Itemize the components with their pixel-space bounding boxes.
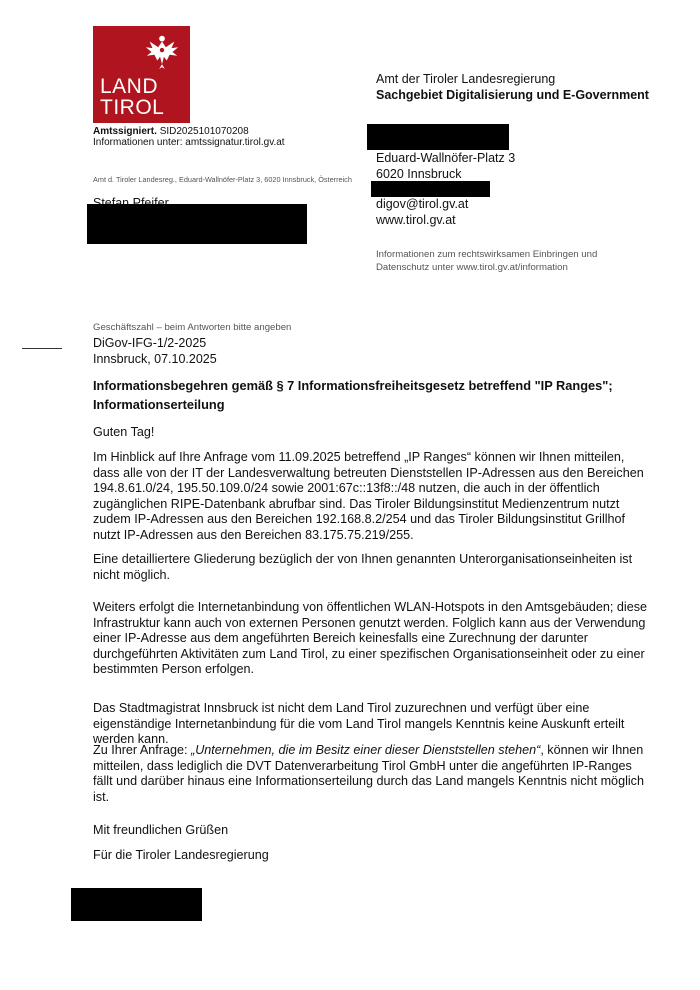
redaction-recipient-address bbox=[87, 204, 307, 244]
logo-line-tirol: TIROL bbox=[100, 97, 164, 118]
org-street: Eduard-Wallnöfer-Platz 3 bbox=[376, 150, 515, 166]
paragraph-companies: Zu Ihrer Anfrage: „Unternehmen, die im B… bbox=[93, 743, 653, 805]
redaction-contact-name bbox=[367, 124, 509, 150]
place-date: Innsbruck, 07.10.2025 bbox=[93, 351, 217, 367]
paragraph-companies-prefix: Zu Ihrer Anfrage: bbox=[93, 743, 191, 757]
legal-notice-line2: Datenschutz unter www.tirol.gv.at/inform… bbox=[376, 261, 597, 274]
redaction-signatory bbox=[71, 888, 202, 921]
closing-greeting: Mit freundlichen Grüßen bbox=[93, 823, 653, 839]
paragraph-stadtmagistrat: Das Stadtmagistrat Innsbruck ist nicht d… bbox=[93, 701, 653, 748]
legal-notice: Informationen zum rechtswirksamen Einbri… bbox=[376, 248, 597, 274]
signature-label: Amtssigniert. bbox=[93, 126, 157, 137]
org-email: digov@tirol.gv.at bbox=[376, 196, 468, 212]
tyrolean-eagle-icon bbox=[143, 32, 181, 70]
department-name: Sachgebiet Digitalisierung und E-Governm… bbox=[376, 87, 649, 103]
paragraph-companies-quote: „Unternehmen, die im Besitz einer dieser… bbox=[191, 743, 540, 757]
legal-notice-line1: Informationen zum rechtswirksamen Einbri… bbox=[376, 248, 597, 261]
paragraph-wlan-hotspots: Weiters erfolgt die Internetanbindung vo… bbox=[93, 600, 653, 678]
logo-line-land: LAND bbox=[100, 76, 164, 97]
redaction-contact-phone bbox=[371, 181, 490, 197]
sender-return-address: Amt d. Tiroler Landesreg., Eduard-Wallnö… bbox=[93, 175, 352, 184]
greeting: Guten Tag! bbox=[93, 425, 653, 441]
paragraph-ip-ranges: Im Hinblick auf Ihre Anfrage vom 11.09.2… bbox=[93, 450, 653, 543]
org-city: 6020 Innsbruck bbox=[376, 166, 461, 182]
logo-wordmark: LAND TIROL bbox=[100, 76, 164, 118]
signature-info: Informationen unter: amtssignatur.tirol.… bbox=[93, 137, 285, 149]
fold-mark bbox=[22, 348, 62, 349]
org-website: www.tirol.gv.at bbox=[376, 212, 456, 228]
signature-number: SID2025101070208 bbox=[160, 126, 249, 137]
reference-block: DiGov-IFG-1/2-2025 Innsbruck, 07.10.2025 bbox=[93, 335, 217, 367]
organization-name: Amt der Tiroler Landesregierung bbox=[376, 71, 555, 87]
paragraph-no-breakdown: Eine detailliertere Gliederung bezüglich… bbox=[93, 552, 653, 583]
reference-number: DiGov-IFG-1/2-2025 bbox=[93, 335, 217, 351]
land-tirol-logo: LAND TIROL bbox=[93, 26, 190, 123]
letter-subject: Informationsbegehren gemäß § 7 Informati… bbox=[93, 376, 653, 414]
reference-label: Geschäftszahl – beim Antworten bitte ang… bbox=[93, 322, 291, 333]
closing-authority: Für die Tiroler Landesregierung bbox=[93, 848, 653, 864]
